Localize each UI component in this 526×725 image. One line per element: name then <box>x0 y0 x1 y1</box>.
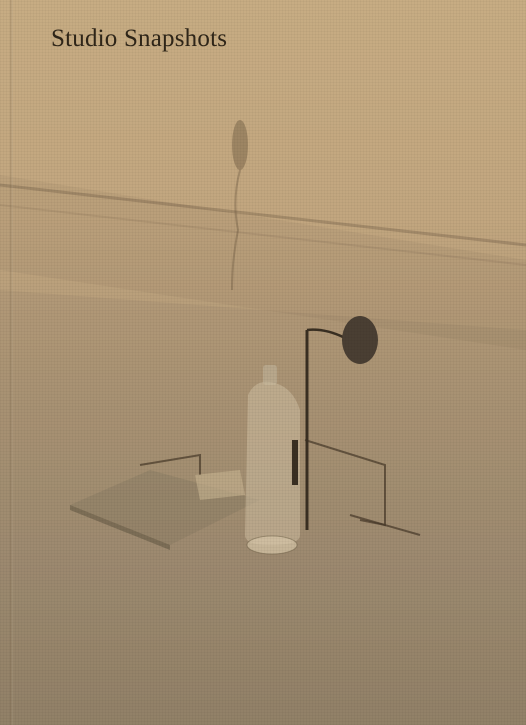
book-title: Studio Snapshots <box>51 25 227 53</box>
cover-photograph <box>0 0 526 725</box>
spine-hinge <box>10 0 13 725</box>
book-cover: Studio Snapshots <box>0 0 526 725</box>
